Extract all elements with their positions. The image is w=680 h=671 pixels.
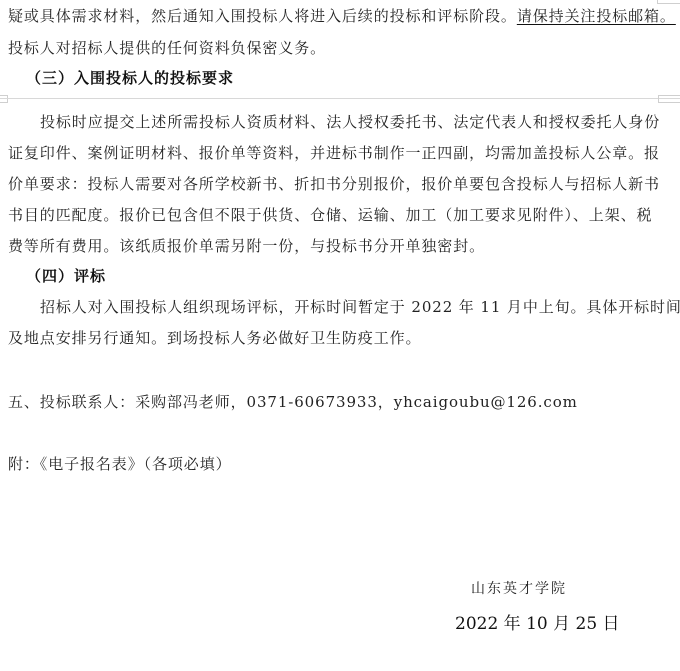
- document-page: 疑或具体需求材料，然后通知入围投标人将进入后续的投标和评标阶段。请保持关注投标邮…: [0, 0, 680, 671]
- margin-corner-mark: [657, 0, 680, 4]
- section-4-line: 及地点安排另行通知。到场投标人务必做好卫生防疫工作。: [8, 328, 421, 348]
- signature-organization: 山东英才学院: [471, 579, 567, 599]
- section-4-line: 招标人对入围投标人组织现场评标，开标时间暂定于 2022 年 11 月中上旬。具…: [40, 297, 680, 317]
- section-3-line: 费等所有费用。该纸质报价单需另附一份，与投标书分开单独密封。: [8, 236, 485, 256]
- section-4-heading: （四）评标: [26, 266, 106, 286]
- section-3-line: 书目的匹配度。报价已包含但不限于供货、仓储、运输、加工（加工要求见附件）、上架、…: [8, 205, 652, 225]
- paragraph-line: 投标人对招标人提供的任何资料负保密义务。: [8, 38, 326, 58]
- page-break-left-mark: [0, 95, 8, 103]
- section-3-line: 证复印件、案例证明材料、报价单等资料，并进标书制作一正四副，均需加盖投标人公章。…: [8, 143, 660, 163]
- signature-date: 2022 年 10 月 25 日: [455, 613, 620, 635]
- attachment-line: 附：《电子报名表》（各项必填）: [8, 454, 232, 474]
- paragraph-line: 疑或具体需求材料，然后通知入围投标人将进入后续的投标和评标阶段。请保持关注投标邮…: [8, 6, 676, 26]
- page-break-divider: [0, 98, 680, 99]
- page-break-right-mark: [658, 95, 680, 103]
- underlined-notice: 请保持关注投标邮箱。: [517, 7, 676, 25]
- contact-line: 五、投标联系人：采购部冯老师，0371-60673933，yhcaigoubu@…: [8, 392, 578, 412]
- section-3-line: 价单要求：投标人需要对各所学校新书、折扣书分别报价，报价单要包含投标人与招标人新…: [8, 174, 660, 194]
- section-3-heading: （三）入围投标人的投标要求: [26, 68, 234, 88]
- section-3-line: 投标时应提交上述所需投标人资质材料、法人授权委托书、法定代表人和授权委托人身份: [40, 112, 660, 132]
- paragraph-text: 疑或具体需求材料，然后通知入围投标人将进入后续的投标和评标阶段。: [8, 7, 517, 25]
